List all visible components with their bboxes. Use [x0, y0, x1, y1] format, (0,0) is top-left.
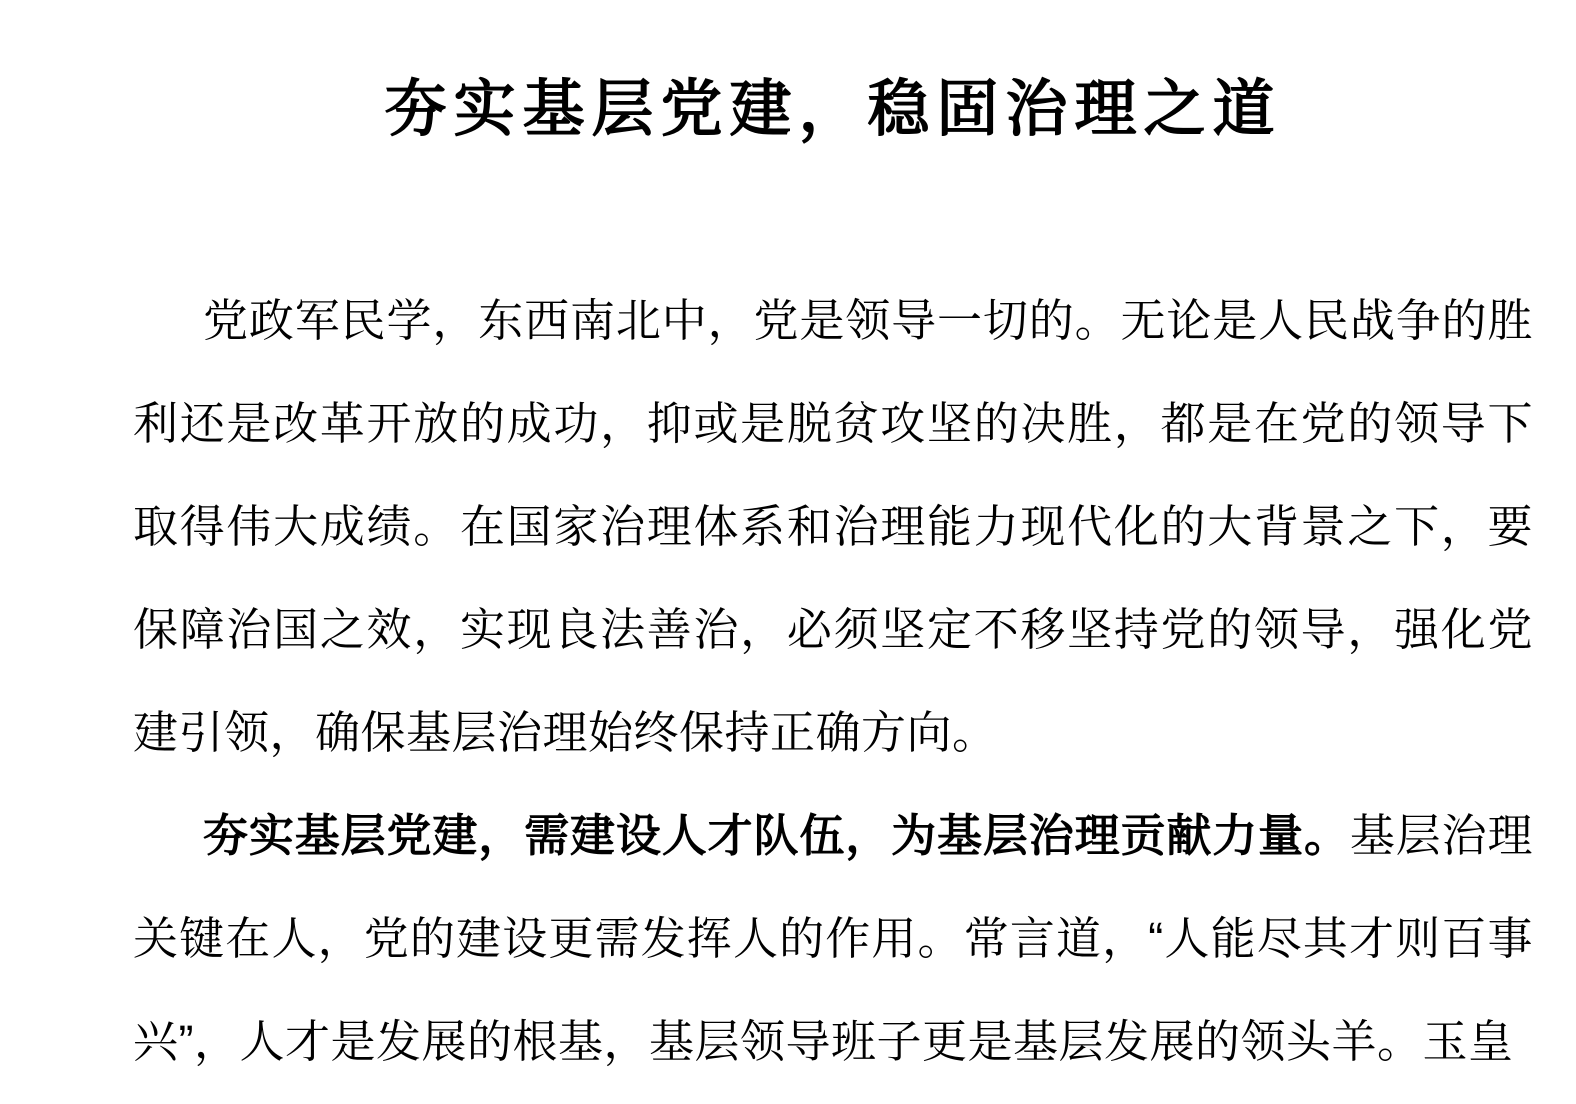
paragraph-2: 夯实基层党建，需建设人才队伍，为基层治理贡献力量。基层治理关键在人，党的建设更需…	[133, 784, 1533, 1093]
document-title: 夯实基层党建，稳固治理之道	[133, 78, 1533, 142]
paragraph-1-text: 党政军民学，东西南北中，党是领导一切的。无论是人民战争的胜利还是改革开放的成功，…	[133, 295, 1533, 758]
document-page: 夯实基层党建，稳固治理之道 党政军民学，东西南北中，党是领导一切的。无论是人民战…	[133, 78, 1533, 1093]
paragraph-1: 党政军民学，东西南北中，党是领导一切的。无论是人民战争的胜利还是改革开放的成功，…	[133, 269, 1533, 784]
paragraph-2-lead-bold: 夯实基层党建，需建设人才队伍，为基层治理贡献力量。	[203, 810, 1350, 861]
